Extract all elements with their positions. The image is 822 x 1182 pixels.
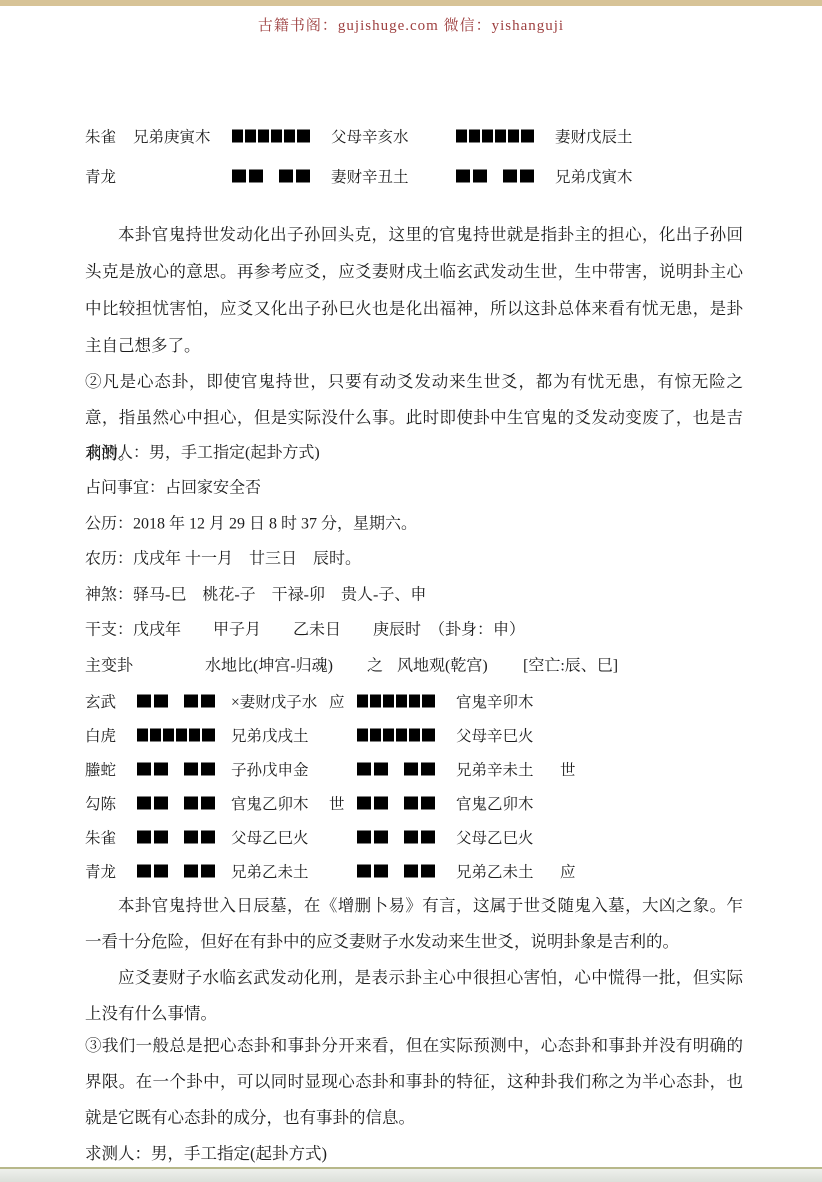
yao-text: 父母乙巳火 [456,826,534,848]
yao-text: 兄弟庚寅木 [133,125,211,147]
liushen-label: 朱雀 [85,125,116,147]
kongwang-label: [空亡:辰、巳] [523,652,618,675]
zhubiangua-label: 主变卦 [85,652,133,675]
yang-line-symbol [232,130,310,143]
yin-line-symbol [357,831,435,844]
yin-line-symbol [232,170,310,183]
liushen-label: 玄武 [85,690,116,712]
yao-text: 父母乙巳火 [231,826,309,848]
changed-hexagram-name: 风地观(乾宫) [397,652,488,675]
yang-line-symbol [456,130,534,143]
yao-text: 兄弟辛未土 [456,758,534,780]
yao-text: 兄弟戊寅木 [555,165,633,187]
shi-ying-marker: 应 [329,690,345,712]
seeker-line: 求测人：男，手工指定(起卦方式) [85,439,320,462]
liushen-label: 螣蛇 [85,758,116,780]
yang-line-symbol [137,729,215,742]
hexagram-row: 青龙 妻财辛丑土 兄弟戊寅木 [85,156,745,196]
yin-line-symbol [137,865,215,878]
analysis-paragraph-1: 本卦官鬼持世发动化出子孙回头克，这里的官鬼持世就是指卦主的担心，化出子孙回头克是… [85,216,743,364]
yao-text: 官鬼辛卯木 [456,690,534,712]
solar-date-line: 公历：2018 年 12 月 29 日 8 时 37 分，星期六。 [85,510,417,533]
main-changed-hexagram-line: 主变卦 水地比(坤宫-归魂) 之 风地观(乾宫) [空亡:辰、巳] [85,646,745,682]
yao-text: ×妻财戊子水 [231,690,317,712]
yao-text: 兄弟乙未土 [231,860,309,882]
liushen-label: 青龙 [85,165,116,187]
yao-text: 妻财戊辰土 [555,125,633,147]
lunar-date-line: 农历：戊戌年 十一月 廿三日 辰时。 [85,546,361,569]
yin-line-symbol [357,763,435,776]
divination-info-block: 求测人：男，手工指定(起卦方式) 占问事宜：占回家安全否 公历：2018 年 1… [85,433,745,682]
shi-ying-marker: 世 [560,758,576,780]
previous-hexagram-fragment: 朱雀 兄弟庚寅木 父母辛亥水 妻财戊辰土 青龙 妻财辛丑土 兄弟戊寅木 [85,116,745,196]
page-top-border [0,0,822,6]
shi-ying-marker: 世 [329,792,345,814]
liushen-label: 青龙 [85,860,116,882]
yao-text: 父母辛巳火 [456,724,534,746]
analysis-paragraph-5: ③我们一般总是把心态卦和事卦分开来看，但在实际预测中，心态卦和事卦并没有明确的界… [85,1028,743,1136]
page-bottom-border [0,1167,822,1182]
yao-text: 兄弟乙未土 [456,860,534,882]
hexagram-row: 朱雀 兄弟庚寅木 父母辛亥水 妻财戊辰土 [85,116,745,156]
site-label: 古籍书阁：gujishuge.com 微信：yishanguji [258,18,564,34]
hexagram-row: 玄武 ×妻财戊子水 应 官鬼辛卯木 [85,684,745,718]
hexagram-row: 勾陈 官鬼乙卯木 世 官鬼乙卯木 [85,786,745,820]
analysis-paragraph-4: 应爻妻财子水临玄武发动化刑，是表示卦主心中很担心害怕，心中慌得一批，但实际上没有… [85,960,743,1032]
yao-text: 子孙戊申金 [231,758,309,780]
yao-text: 官鬼乙卯木 [231,792,309,814]
ganzhi-line: 干支：戊戌年 甲子月 乙未日 庚辰时 （卦身：申） [85,617,525,640]
yin-line-symbol [357,865,435,878]
hexagram-row: 螣蛇 子孙戊申金 兄弟辛未土 世 [85,752,745,786]
yin-line-symbol [137,763,215,776]
site-header: 古籍书阁：gujishuge.com 微信：yishanguji [0,14,822,35]
zhi-connector: 之 [367,652,383,675]
shi-ying-marker: 应 [560,860,576,882]
liushen-label: 朱雀 [85,826,116,848]
yao-text: 妻财辛丑土 [331,165,409,187]
yang-line-symbol [357,729,435,742]
main-hexagram-table: 玄武 ×妻财戊子水 应 官鬼辛卯木 白虎 兄弟戊戌土 父母辛巳火 螣蛇 子孙戊申… [85,684,745,888]
liushen-label: 勾陈 [85,792,116,814]
main-hexagram-name: 水地比(坤宫-归魂) [205,652,333,675]
yin-line-symbol [357,797,435,810]
yao-text: 官鬼乙卯木 [456,792,534,814]
shensha-line: 神煞：驿马-巳 桃花-子 干禄-卯 贵人-子、申 [85,581,426,604]
yang-line-symbol [357,695,435,708]
question-line: 占问事宜：占回家安全否 [85,475,261,498]
analysis-paragraph-3: 本卦官鬼持世入日辰墓，在《增删卜易》有言，这属于世爻随鬼入墓，大凶之象。乍一看十… [85,888,743,960]
hexagram-row: 朱雀 父母乙巳火 父母乙巳火 [85,820,745,854]
yin-line-symbol [137,797,215,810]
liushen-label: 白虎 [85,724,116,746]
yao-text: 兄弟戊戌土 [231,724,309,746]
hexagram-row: 青龙 兄弟乙未土 兄弟乙未土 应 [85,854,745,888]
hexagram-row: 白虎 兄弟戊戌土 父母辛巳火 [85,718,745,752]
yin-line-symbol [456,170,534,183]
yin-line-symbol [137,695,215,708]
yin-line-symbol [137,831,215,844]
yao-text: 父母辛亥水 [331,125,409,147]
